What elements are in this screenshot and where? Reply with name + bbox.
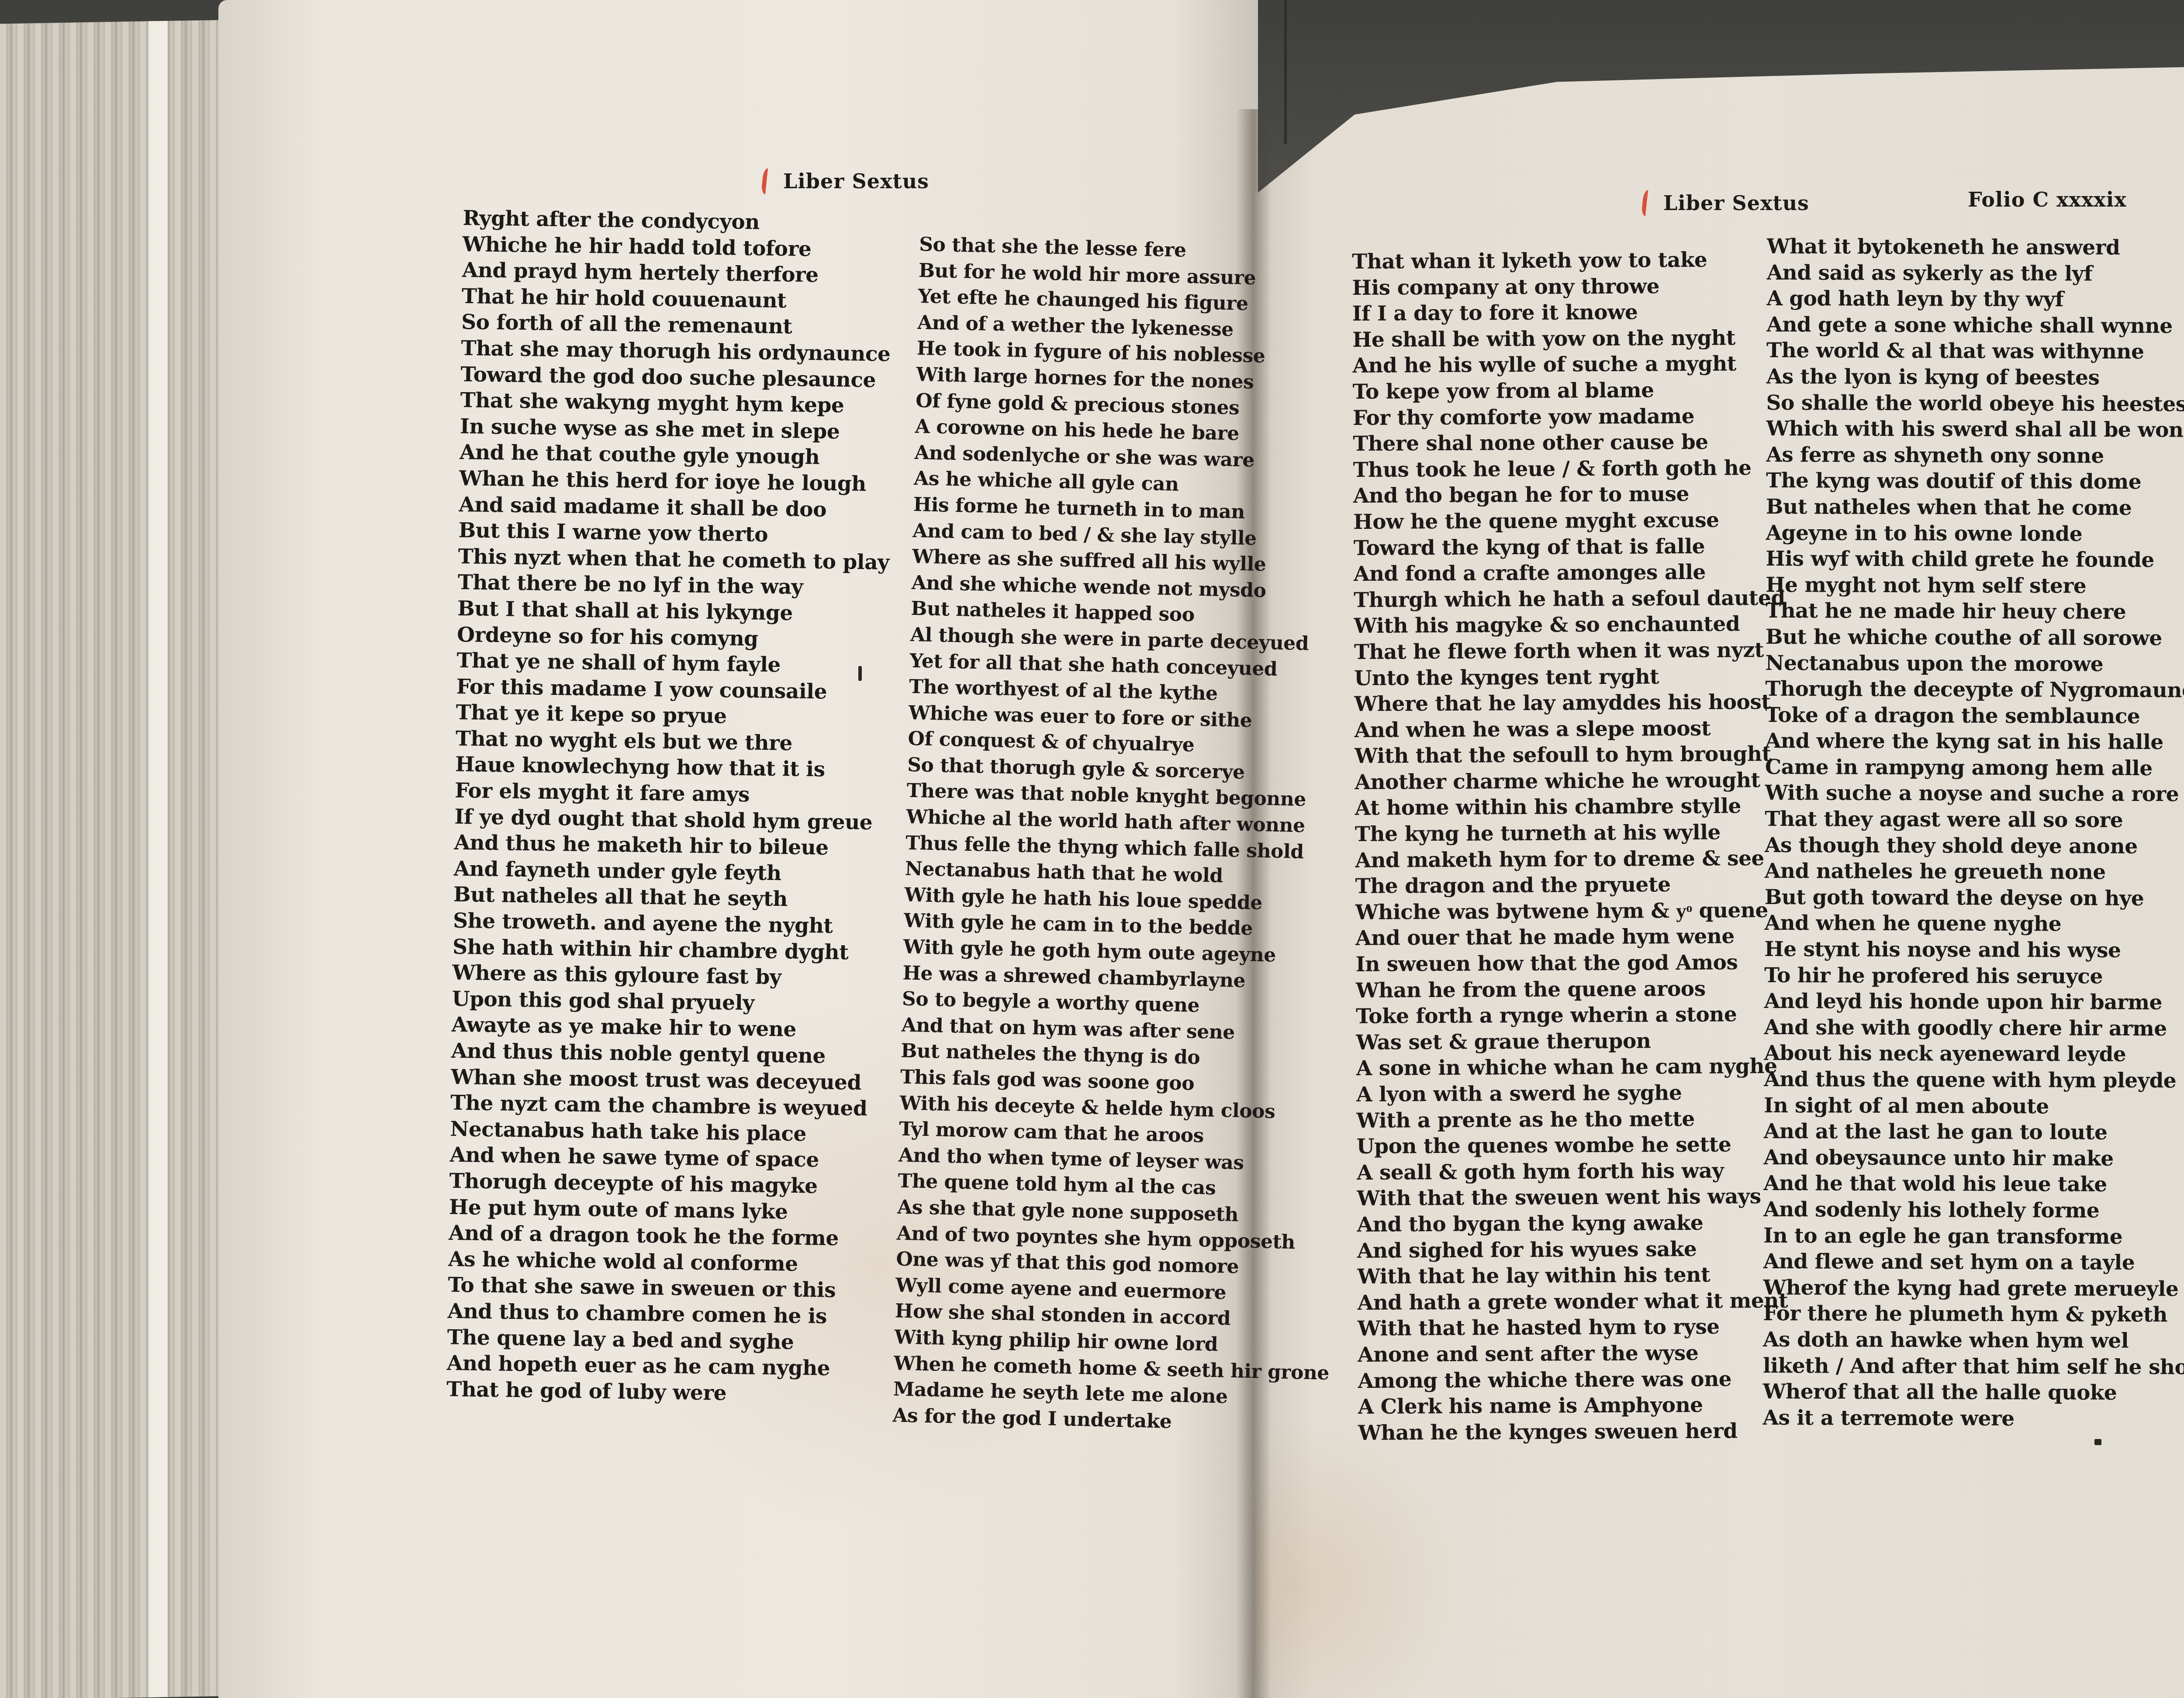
verse-line: But goth toward the deyse on hye bbox=[1765, 884, 2184, 912]
verse-line: Was set & graue therupon bbox=[1356, 1028, 1787, 1056]
verse-line: As though they shold deye anone bbox=[1765, 832, 2184, 860]
verse-line: His wyf with child grete he founde bbox=[1766, 546, 2184, 573]
single-leaf-edge bbox=[149, 21, 168, 1698]
verse-line: As doth an hawke when hym wel bbox=[1763, 1327, 2184, 1354]
verse-line: A seall & goth hym forth his way bbox=[1357, 1158, 1788, 1186]
verse-line: With that the sefoull to hym brought bbox=[1355, 741, 1786, 770]
verse-line: And hath a grete wonder what it ment bbox=[1357, 1288, 1789, 1316]
verse-line: The world & al that was withynne bbox=[1766, 338, 2184, 365]
margin-mark bbox=[858, 666, 862, 681]
verse-line: Toward the kyng of that is falle bbox=[1353, 533, 1785, 561]
verse-line: And sighed for his wyues sake bbox=[1357, 1236, 1789, 1264]
end-dot-mark bbox=[2094, 1439, 2101, 1445]
verse-line: In to an egle he gan transforme bbox=[1763, 1223, 2184, 1250]
verse-line: As the lyon is kyng of beestes bbox=[1766, 364, 2184, 391]
verse-line: His company at ony throwe bbox=[1352, 273, 1783, 301]
verse-line: Among the whiche there was one bbox=[1358, 1366, 1789, 1394]
verse-line: What it bytokeneth he answerd bbox=[1767, 234, 2184, 261]
verse-line: With his magyke & so enchaunted bbox=[1354, 611, 1785, 639]
verse-line: And he that wold his leue take bbox=[1763, 1170, 2184, 1198]
verse-line: And tho began he for to muse bbox=[1353, 481, 1785, 509]
verse-line: Toke of a dragon the semblaunce bbox=[1765, 702, 2184, 730]
verse-line: And ouer that he made hym wene bbox=[1355, 923, 1787, 952]
verse-line: With a prente as he tho mette bbox=[1356, 1105, 1788, 1134]
verse-line: Ageyne in to his owne londe bbox=[1766, 520, 2184, 548]
verse-line: The kyng he turneth at his wylle bbox=[1355, 819, 1787, 848]
verse-line: And obeysaunce unto hir make bbox=[1764, 1145, 2184, 1172]
verse-line: And natheles he greueth none bbox=[1765, 858, 2184, 886]
verse-line: A sone in whiche whan he cam nyghe bbox=[1356, 1053, 1788, 1082]
left-page-column-2: So that she the lesse fereBut for he wol… bbox=[892, 231, 1355, 1438]
verse-line: A Clerk his name is Amphyone bbox=[1358, 1392, 1790, 1420]
verse-line: But natheles when that he come bbox=[1766, 494, 2184, 521]
verse-line: And said as sykerly as the lyf bbox=[1767, 260, 2184, 287]
verse-line: Whan he from the quene aroos bbox=[1356, 975, 1787, 1004]
verse-line: That he ne made hir heuy chere bbox=[1766, 598, 2184, 625]
verse-line: How he the quene myght excuse bbox=[1353, 507, 1785, 535]
verse-line: Whiche was bytwene hym & yͦ quene bbox=[1355, 897, 1787, 926]
verse-line: Whan he the kynges sweuen herd bbox=[1358, 1418, 1790, 1446]
verse-line: With that he lay within his tent bbox=[1357, 1262, 1789, 1290]
verse-line: In sweuen how that the god Amos bbox=[1355, 949, 1787, 978]
verse-line: Nectanabus upon the morowe bbox=[1765, 650, 2184, 677]
running-head-title: Liber Sextus bbox=[1663, 191, 1809, 215]
verse-line: And when he quene nyghe bbox=[1764, 910, 2184, 938]
folio-number: Folio C xxxxix bbox=[1968, 188, 2127, 211]
verse-line: Unto the kynges tent ryght bbox=[1354, 663, 1786, 691]
verse-line: And when he was a slepe moost bbox=[1355, 715, 1786, 744]
verse-line: Wherof the kyng had grete merueyle bbox=[1763, 1275, 2184, 1302]
verse-line: As it a terremote were bbox=[1762, 1405, 2184, 1432]
verse-line: To hir he profered his seruyce bbox=[1764, 963, 2184, 990]
verse-line: That whan it lyketh yow to take bbox=[1352, 247, 1783, 275]
verse-line: Thorugh the deceypte of Nygromaunce bbox=[1765, 676, 2184, 704]
verse-line: With that he hasted hym to ryse bbox=[1358, 1314, 1789, 1342]
verse-line: That he flewe forth when it was nyzt bbox=[1354, 637, 1786, 666]
verse-line: And tho bygan the kyng awake bbox=[1357, 1210, 1789, 1238]
verse-line: The dragon and the pryuete bbox=[1355, 871, 1787, 900]
red-pilcrow-icon bbox=[761, 168, 775, 194]
right-page-column-2: What it bytokeneth he answerdAnd said as… bbox=[1762, 234, 2184, 1432]
verse-line: With suche a noyse and suche a rore bbox=[1765, 780, 2184, 808]
verse-line: That they agast were all so sore bbox=[1765, 806, 2184, 834]
verse-line: In sight of al men aboute bbox=[1764, 1093, 2184, 1120]
running-head-title: Liber Sextus bbox=[783, 169, 929, 193]
verse-line: Came in rampyng among hem alle bbox=[1765, 754, 2184, 782]
verse-line: With that the sweuen went his ways bbox=[1357, 1184, 1788, 1212]
verse-line: And gete a sone whiche shall wynne bbox=[1766, 312, 2184, 339]
verse-line: He myght not hym self stere bbox=[1766, 572, 2184, 600]
verse-line: Thurgh which he hath a sefoul dauted bbox=[1354, 585, 1785, 614]
verse-line: About his neck ayeneward leyde bbox=[1764, 1040, 2184, 1068]
verse-line: And flewe and set hym on a tayle bbox=[1763, 1249, 2184, 1276]
verse-line: And fond a crafte amonges alle bbox=[1354, 559, 1785, 587]
water-stain bbox=[1254, 1419, 1472, 1698]
verse-line: And maketh hym for to dreme & see bbox=[1355, 845, 1787, 873]
left-page-column-1: Ryght after the condycyonWhiche he hir h… bbox=[446, 205, 894, 1408]
right-page-column-1: That whan it lyketh yow to takeHis compa… bbox=[1352, 247, 1790, 1446]
verse-line: A god hath leyn by thy wyf bbox=[1766, 286, 2184, 313]
verse-line: And at the last he gan to loute bbox=[1764, 1118, 2184, 1146]
left-page-block-edges bbox=[0, 20, 228, 1698]
verse-line: And where the kyng sat in his halle bbox=[1765, 728, 2184, 756]
left-running-head: Liber Sextus bbox=[762, 168, 929, 194]
verse-line: For there he plumeth hym & pyketh bbox=[1763, 1301, 2184, 1328]
verse-line: Another charme whiche he wrought bbox=[1355, 767, 1786, 796]
verse-line: A lyon with a swerd he syghe bbox=[1356, 1080, 1788, 1108]
verse-line: He shall be with yow on the nyght bbox=[1352, 325, 1784, 353]
verse-line: To kepe yow from al blame bbox=[1353, 377, 1784, 405]
verse-line: And sodenly his lothely forme bbox=[1763, 1197, 2184, 1224]
verse-line: The kyng was doutif of this dome bbox=[1766, 468, 2184, 495]
verse-line: Which with his swerd shal all be wonne bbox=[1766, 416, 2184, 443]
verse-line: Thus took he leue / & forth goth he bbox=[1353, 455, 1784, 483]
verse-line: But he whiche couthe of all sorowe bbox=[1766, 624, 2184, 652]
verse-line: And he his wylle of suche a myght bbox=[1352, 351, 1784, 379]
verse-line: Anone and sent after the wyse bbox=[1358, 1340, 1789, 1368]
verse-line: And thus the quene with hym pleyde bbox=[1764, 1066, 2184, 1094]
background-seam bbox=[1284, 0, 1287, 144]
verse-line: Where that he lay amyddes his hoost bbox=[1354, 689, 1786, 718]
folio-label: Folio C xxxxix bbox=[1968, 188, 2127, 211]
verse-line: Upon the quenes wombe he sette bbox=[1357, 1132, 1788, 1160]
right-running-head: Liber Sextus bbox=[1642, 190, 1809, 216]
verse-line: Toke forth a rynge wherin a stone bbox=[1356, 1001, 1787, 1030]
verse-line: If I a day to fore it knowe bbox=[1352, 299, 1784, 327]
verse-line: For thy comforte yow madame bbox=[1353, 403, 1784, 431]
verse-line: At home within his chambre stylle bbox=[1355, 793, 1787, 821]
verse-line: So shalle the world obeye his heestes bbox=[1766, 390, 2184, 418]
verse-line: And she with goodly chere hir arme bbox=[1764, 1015, 2184, 1042]
verse-line: He stynt his noyse and his wyse bbox=[1764, 936, 2184, 964]
verse-line: liketh / And after that him self he shok… bbox=[1763, 1353, 2184, 1380]
verse-line: And leyd his honde upon hir barme bbox=[1764, 988, 2184, 1016]
verse-line: Wherof that all the halle quoke bbox=[1763, 1379, 2184, 1406]
red-pilcrow-icon bbox=[1641, 190, 1655, 216]
verse-line: As ferre as shyneth ony sonne bbox=[1766, 442, 2184, 469]
verse-line: There shal none other cause be bbox=[1353, 429, 1784, 457]
